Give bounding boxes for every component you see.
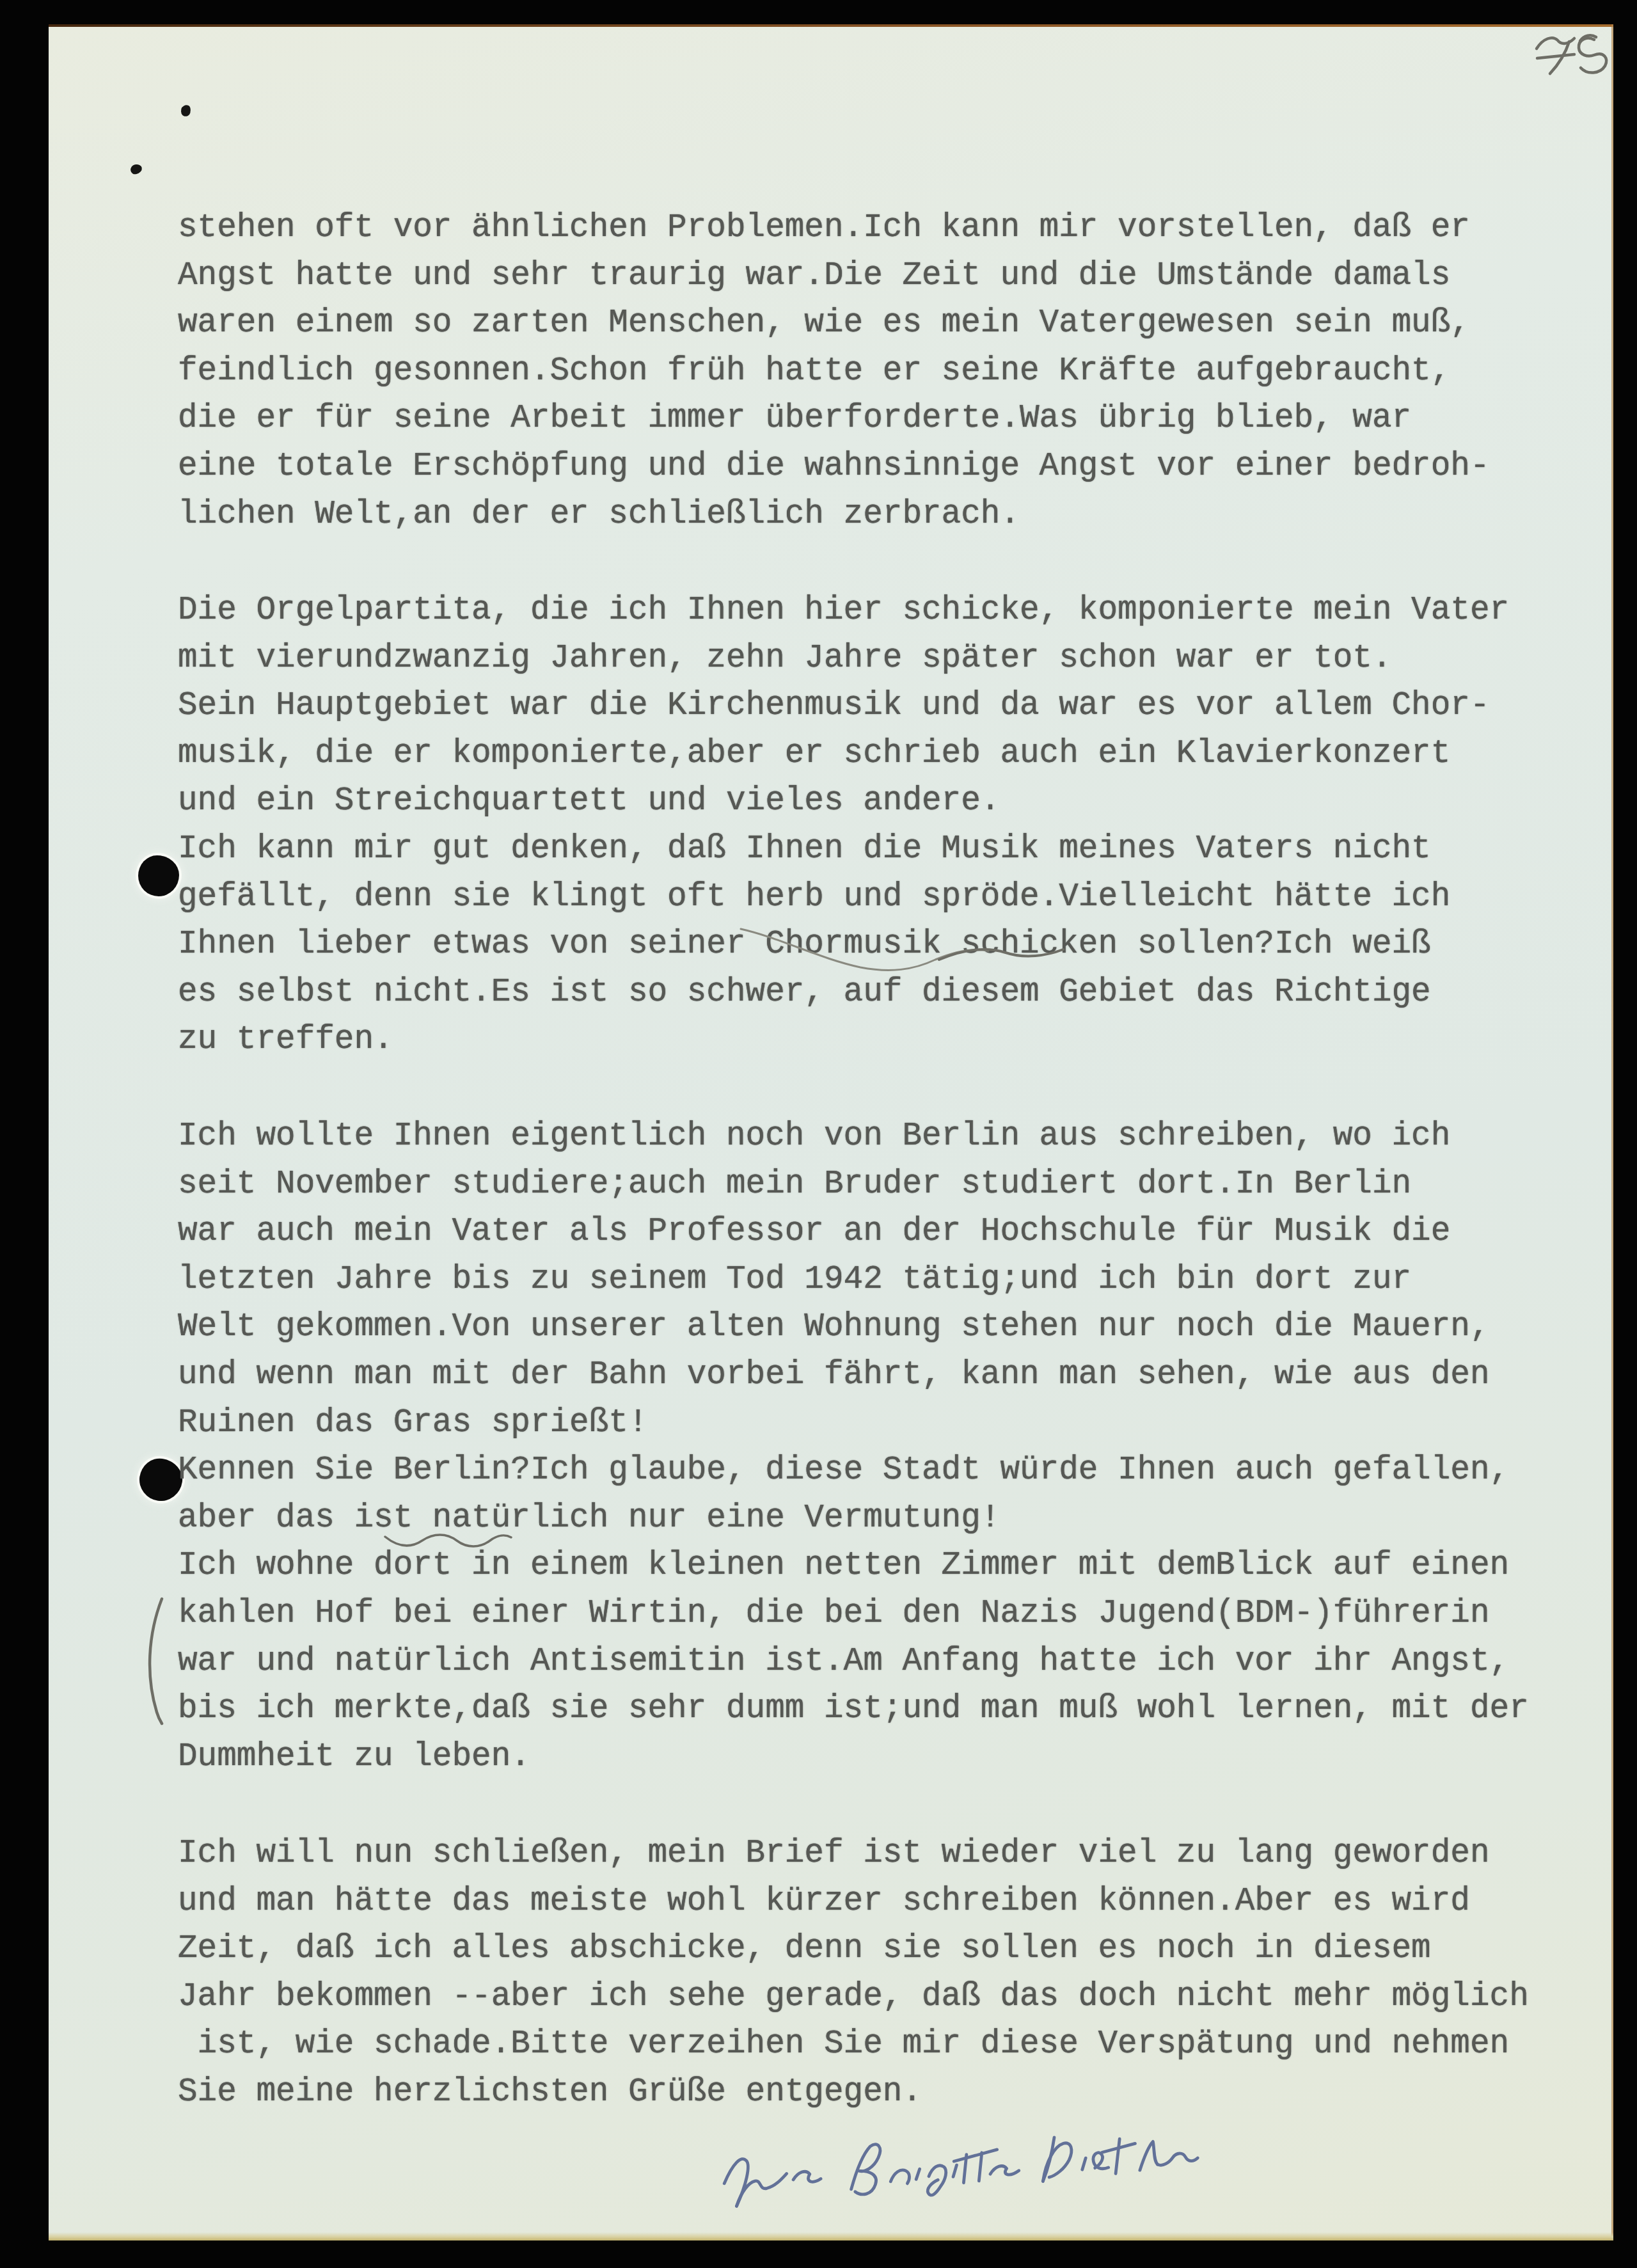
typed-line: Angst hatte und sehr traurig war.Die Zei… bbox=[178, 253, 1604, 301]
typed-line: Ich wollte Ihnen eigentlich noch von Ber… bbox=[178, 1113, 1604, 1161]
paragraph-2: Die Orgelpartita, die ich Ihnen hier sch… bbox=[178, 587, 1604, 1065]
typed-line: kahlen Hof bei einer Wirtin, die bei den… bbox=[178, 1590, 1604, 1638]
typed-line: stehen oft vor ähnlichen Problemen.Ich k… bbox=[178, 205, 1604, 253]
typed-line: Ruinen das Gras sprießt! bbox=[178, 1400, 1604, 1448]
typed-line: Kennen Sie Berlin?Ich glaube, diese Stad… bbox=[178, 1447, 1604, 1495]
typed-line: Ihnen lieber etwas von seiner Chormusik … bbox=[178, 921, 1604, 969]
paragraph-3: Ich wollte Ihnen eigentlich noch von Ber… bbox=[178, 1113, 1604, 1781]
typed-line: seit November studiere;auch mein Bruder … bbox=[178, 1161, 1604, 1209]
typed-line: Ich kann mir gut denken, daß Ihnen die M… bbox=[178, 826, 1604, 874]
typed-line: bis ich merkte,daß sie sehr dumm ist;und… bbox=[178, 1686, 1604, 1734]
typed-line: Die Orgelpartita, die ich Ihnen hier sch… bbox=[178, 587, 1604, 635]
typed-line: Sein Hauptgebiet war die Kirchenmusik un… bbox=[178, 683, 1604, 731]
typed-line: war auch mein Vater als Professor an der… bbox=[178, 1209, 1604, 1257]
typed-line: mit vierundzwanzig Jahren, zehn Jahre sp… bbox=[178, 635, 1604, 683]
ink-speck bbox=[180, 104, 192, 117]
typed-line: und man hätte das meiste wohl kürzer sch… bbox=[178, 1878, 1604, 1926]
typed-line: war und natürlich Antisemitin ist.Am Anf… bbox=[178, 1638, 1604, 1686]
typed-line: und ein Streichquartett und vieles ander… bbox=[178, 778, 1604, 826]
scan-background: stehen oft vor ähnlichen Problemen.Ich k… bbox=[0, 0, 1637, 2268]
typed-line: Welt gekommen.Von unserer alten Wohnung … bbox=[178, 1304, 1604, 1352]
typed-line: Ich wohne dort in einem kleinen netten Z… bbox=[178, 1542, 1604, 1590]
typed-line: Dummheit zu leben. bbox=[178, 1734, 1604, 1782]
typed-line: gefällt, denn sie klingt oft herb und sp… bbox=[178, 874, 1604, 922]
typed-line: waren einem so zarten Menschen, wie es m… bbox=[178, 300, 1604, 348]
paragraph-4: Ich will nun schließen, mein Brief ist w… bbox=[178, 1830, 1604, 2117]
ink-speck bbox=[130, 164, 143, 175]
typed-line: eine totale Erschöpfung und die wahnsinn… bbox=[178, 443, 1604, 491]
typed-line: zu treffen. bbox=[178, 1017, 1604, 1065]
typed-line: aber das ist natürlich nur eine Vermutun… bbox=[178, 1495, 1604, 1543]
typed-line: Jahr bekommen --aber ich sehe gerade, da… bbox=[178, 1974, 1604, 2022]
typed-line: Zeit, daß ich alles abschicke, denn sie … bbox=[178, 1926, 1604, 1974]
typed-line: Ich will nun schließen, mein Brief ist w… bbox=[178, 1830, 1604, 1878]
typed-line: feindlich gesonnen.Schon früh hatte er s… bbox=[178, 348, 1604, 396]
typed-line: musik, die er komponierte,aber er schrie… bbox=[178, 731, 1604, 779]
punch-hole-top bbox=[138, 855, 179, 896]
paper-right-edge bbox=[1611, 24, 1613, 2240]
typed-line: ist, wie schade.Bitte verzeihen Sie mir … bbox=[178, 2021, 1604, 2069]
paragraph-1: stehen oft vor ähnlichen Problemen.Ich k… bbox=[178, 205, 1604, 539]
typed-line: die er für seine Arbeit immer überforder… bbox=[178, 395, 1604, 443]
typed-line: Sie meine herzlichsten Grüße entgegen. bbox=[178, 2069, 1604, 2117]
typed-line: lichen Welt,an der er schließlich zerbra… bbox=[178, 491, 1604, 539]
typed-line: es selbst nicht.Es ist so schwer, auf di… bbox=[178, 969, 1604, 1017]
typed-line: und wenn man mit der Bahn vorbei fährt, … bbox=[178, 1352, 1604, 1400]
typed-line: letzten Jahre bis zu seinem Tod 1942 tät… bbox=[178, 1257, 1604, 1304]
